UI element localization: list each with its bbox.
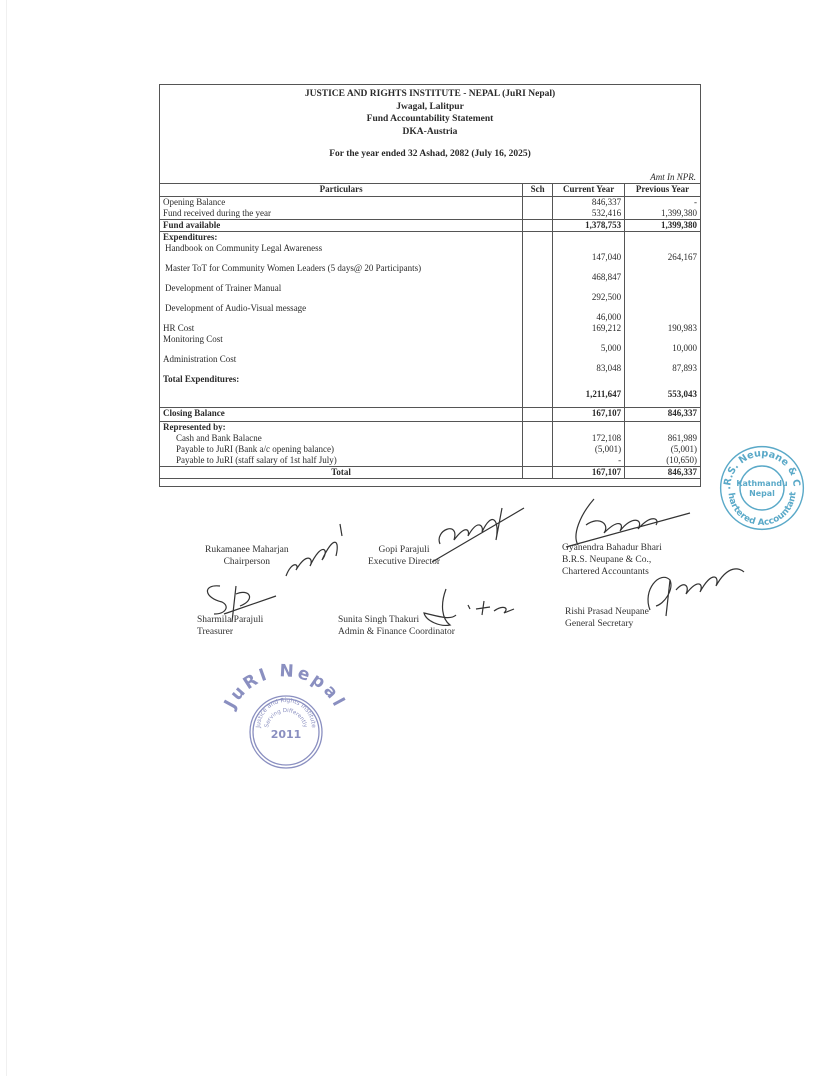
svg-text:Serving Differently: Serving Differently [264, 708, 308, 729]
current-year-cell [553, 232, 625, 244]
table-row: Handbook on Community Legal Awareness147… [160, 243, 701, 263]
previous-year-cell [625, 263, 701, 283]
particulars-cell: Master ToT for Community Women Leaders (… [160, 263, 523, 283]
previous-year-cell: 553,043 [625, 374, 701, 400]
current-year-cell: 292,500 [553, 283, 625, 303]
current-year-cell: 468,847 [553, 263, 625, 283]
current-year-cell: 147,040 [553, 243, 625, 263]
current-year-cell: 169,212 [553, 323, 625, 334]
sch-cell [523, 455, 553, 467]
table-row: Development of Audio-Visual message46,00… [160, 303, 701, 323]
current-year-cell: - [553, 455, 625, 467]
table-row: Payable to JuRI (staff salary of 1st hal… [160, 455, 701, 467]
previous-year-cell [625, 303, 701, 323]
previous-year-cell: 1,399,380 [625, 220, 701, 232]
signatory-name: Rukamanee Maharjan [205, 544, 289, 556]
sch-cell [523, 374, 553, 400]
amount-unit: Amt In NPR. [650, 172, 696, 182]
statement-period: For the year ended 32 Ashad, 2082 (July … [160, 148, 700, 161]
svg-text:Kathmandu: Kathmandu [736, 479, 787, 488]
signature-executive-director-icon [430, 500, 530, 570]
particulars-cell: Represented by: [160, 421, 523, 433]
current-year-cell [553, 421, 625, 433]
current-year-cell: 1,378,753 [553, 220, 625, 232]
signatory-title: General Secretary [565, 618, 649, 630]
fund-accountability-statement: JUSTICE AND RIGHTS INSTITUTE - NEPAL (Ju… [159, 84, 701, 487]
table-row: Opening Balance846,337- [160, 197, 701, 209]
current-year-cell: 172,108 [553, 433, 625, 444]
particulars-cell: Opening Balance [160, 197, 523, 209]
table-row: Closing Balance167,107846,337 [160, 407, 701, 421]
table-row: Development of Trainer Manual292,500 [160, 283, 701, 303]
page-edge [6, 0, 7, 1076]
sch-cell [523, 283, 553, 303]
particulars-cell: Fund available [160, 220, 523, 232]
particulars-cell: Fund received during the year [160, 208, 523, 220]
sch-cell [523, 208, 553, 220]
table-row: Payable to JuRI (Bank a/c opening balanc… [160, 444, 701, 455]
table-row: Expenditures: [160, 232, 701, 244]
signatory-title: Chairperson [205, 556, 289, 568]
table-row: Cash and Bank Balacne172,108861,989 [160, 433, 701, 444]
spacer-cell [523, 400, 553, 407]
particulars-cell: Development of Trainer Manual [160, 283, 523, 303]
current-year-cell: 5,000 [553, 334, 625, 354]
statement-title: Fund Accountability Statement [160, 113, 700, 126]
particulars-cell: Payable to JuRI (staff salary of 1st hal… [160, 455, 523, 467]
previous-year-cell [625, 421, 701, 433]
current-year-cell: (5,001) [553, 444, 625, 455]
svg-text:2011: 2011 [271, 728, 302, 741]
particulars-cell: Closing Balance [160, 407, 523, 421]
previous-year-cell: 10,000 [625, 334, 701, 354]
sch-cell [523, 243, 553, 263]
column-header: Previous Year [625, 184, 701, 197]
previous-year-cell: 1,399,380 [625, 208, 701, 220]
previous-year-cell: 846,337 [625, 407, 701, 421]
spacer-row [160, 400, 701, 407]
previous-year-cell: 861,989 [625, 433, 701, 444]
particulars-cell: Expenditures: [160, 232, 523, 244]
sch-cell [523, 323, 553, 334]
particulars-cell: Cash and Bank Balacne [160, 433, 523, 444]
sch-cell [523, 444, 553, 455]
statement-header: JUSTICE AND RIGHTS INSTITUTE - NEPAL (Ju… [160, 85, 700, 161]
table-row: Master ToT for Community Women Leaders (… [160, 263, 701, 283]
svg-text:Nepal: Nepal [749, 489, 775, 498]
particulars-cell: Handbook on Community Legal Awareness [160, 243, 523, 263]
sch-cell [523, 303, 553, 323]
table-row: Fund received during the year532,4161,39… [160, 208, 701, 220]
current-year-cell: 167,107 [553, 466, 625, 478]
current-year-cell: 167,107 [553, 407, 625, 421]
sch-cell [523, 232, 553, 244]
table-row: Represented by: [160, 421, 701, 433]
sch-cell [523, 220, 553, 232]
organization-stamp-icon: JuRI Nepal Justice and Rights Institute … [212, 662, 357, 772]
particulars-cell: Monitoring Cost [160, 334, 523, 354]
sch-cell [523, 354, 553, 374]
table-row: Total167,107846,337 [160, 466, 701, 478]
previous-year-cell: 190,983 [625, 323, 701, 334]
sch-cell [523, 197, 553, 209]
sch-cell [523, 433, 553, 444]
signatory-general-secretary: Rishi Prasad Neupane General Secretary [565, 606, 649, 630]
previous-year-cell: 846,337 [625, 466, 701, 478]
sch-cell [523, 263, 553, 283]
signatory-name: Rishi Prasad Neupane [565, 606, 649, 618]
auditor-stamp-icon: B.R.S. Neupane & Co. Chartered Accountan… [718, 444, 806, 532]
spacer-cell [625, 400, 701, 407]
spacer-cell [553, 400, 625, 407]
current-year-cell: 83,048 [553, 354, 625, 374]
signature-treasurer-icon [200, 580, 280, 625]
signatory-chairperson: Rukamanee Maharjan Chairperson [205, 544, 289, 568]
previous-year-cell: (10,650) [625, 455, 701, 467]
spacer-cell [160, 400, 523, 407]
particulars-cell: Total [160, 466, 523, 478]
sch-cell [523, 334, 553, 354]
table-row: Fund available1,378,7531,399,380 [160, 220, 701, 232]
organization-name: JUSTICE AND RIGHTS INSTITUTE - NEPAL (Ju… [160, 88, 700, 101]
table-header-row: Particulars Sch Current Year Previous Ye… [160, 184, 701, 197]
sch-cell [523, 407, 553, 421]
previous-year-cell: 264,167 [625, 243, 701, 263]
previous-year-cell [625, 232, 701, 244]
table-row: Total Expenditures:1,211,647553,043 [160, 374, 701, 400]
signatory-title: Treasurer [197, 626, 263, 638]
signature-finance-coordinator-icon [420, 585, 520, 635]
signature-general-secretary-icon [640, 550, 750, 620]
previous-year-cell: (5,001) [625, 444, 701, 455]
previous-year-cell: 87,893 [625, 354, 701, 374]
organization-location: Jwagal, Lalitpur [160, 101, 700, 114]
particulars-cell: Payable to JuRI (Bank a/c opening balanc… [160, 444, 523, 455]
svg-text:JuRI Nepal: JuRI Nepal [220, 662, 350, 713]
current-year-cell: 532,416 [553, 208, 625, 220]
current-year-cell: 1,211,647 [553, 374, 625, 400]
table-row: Administration Cost83,04887,893 [160, 354, 701, 374]
current-year-cell: 46,000 [553, 303, 625, 323]
table-row: Monitoring Cost5,00010,000 [160, 334, 701, 354]
column-header: Sch [523, 184, 553, 197]
sch-cell [523, 466, 553, 478]
sch-cell [523, 421, 553, 433]
column-header: Particulars [160, 184, 523, 197]
previous-year-cell [625, 283, 701, 303]
table-row: HR Cost169,212190,983 [160, 323, 701, 334]
particulars-cell: Development of Audio-Visual message [160, 303, 523, 323]
particulars-cell: Total Expenditures: [160, 374, 523, 400]
particulars-cell: Administration Cost [160, 354, 523, 374]
current-year-cell: 846,337 [553, 197, 625, 209]
previous-year-cell: - [625, 197, 701, 209]
column-header: Current Year [553, 184, 625, 197]
donor-name: DKA-Austria [160, 126, 700, 139]
statement-table: Particulars Sch Current Year Previous Ye… [159, 183, 701, 479]
signature-auditor-icon [560, 495, 700, 555]
particulars-cell: HR Cost [160, 323, 523, 334]
signature-chairperson-icon [282, 520, 352, 580]
